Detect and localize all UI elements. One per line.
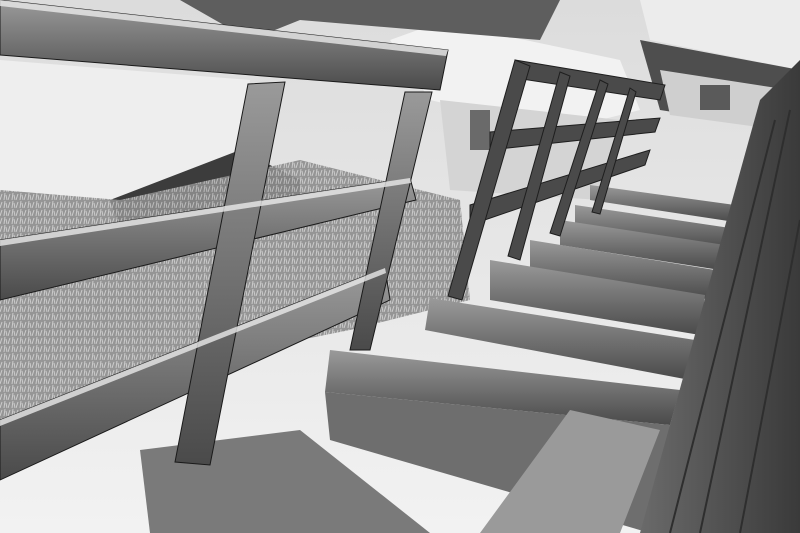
far-window	[700, 85, 730, 110]
house-window	[470, 110, 490, 150]
stairs-photo	[0, 0, 800, 533]
photo-scene: Black-and-white photo of snow-covered wo…	[0, 0, 800, 533]
